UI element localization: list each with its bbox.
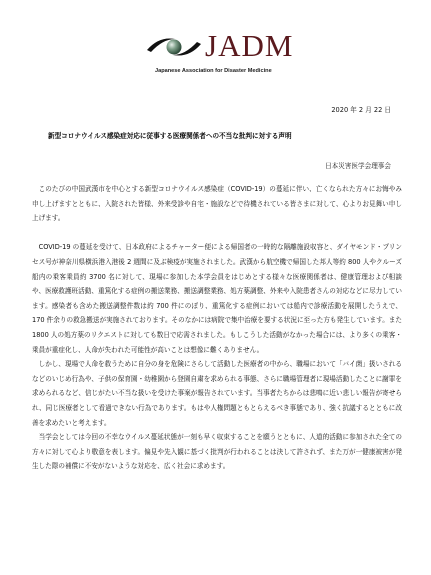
logo-text: JADM: [205, 26, 293, 66]
statement-body: このたびの中国武漢市を中心とする新型コロナウイルス感染症（COVID-19）の蔓…: [32, 182, 402, 474]
paragraph-condolences: このたびの中国武漢市を中心とする新型コロナウイルス感染症（COVID-19）の蔓…: [32, 182, 402, 226]
eye-sphere-logo-icon: [145, 34, 203, 60]
document-date: 2020 年 2 月 22 日: [331, 104, 391, 114]
paragraph-appeal: 当学会としては今回の不幸なウイルス蔓延状態が一刻も早く収束することを願うとともに…: [32, 430, 402, 474]
document-title: 新型コロナウイルス感染症対応に従事する医療関係者への不当な批判に対する声明: [48, 130, 292, 140]
issuing-organization: 日本災害医学会理事会: [325, 160, 391, 170]
jadm-logo: JADM Japanese Association for Disaster M…: [145, 28, 305, 78]
paragraph-response-activities: COVID-19 の蔓延を受けて、日本政府によるチャーター便による帰国者の一時的…: [32, 240, 402, 357]
paragraph-unfair-treatment: しかし、現場で人命を救うために自分の身を危険にさらして活動した医療者の中から、職…: [32, 357, 402, 430]
logo-subtitle: Japanese Association for Disaster Medici…: [155, 68, 272, 74]
